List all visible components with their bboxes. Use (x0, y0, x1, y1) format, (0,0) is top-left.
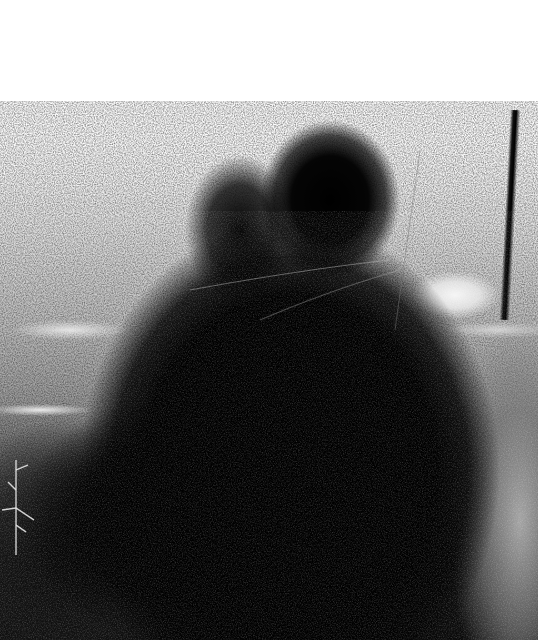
thin-branches (0, 0, 538, 640)
bw-photograph (0, 0, 538, 640)
plant-sprig (2, 460, 34, 555)
